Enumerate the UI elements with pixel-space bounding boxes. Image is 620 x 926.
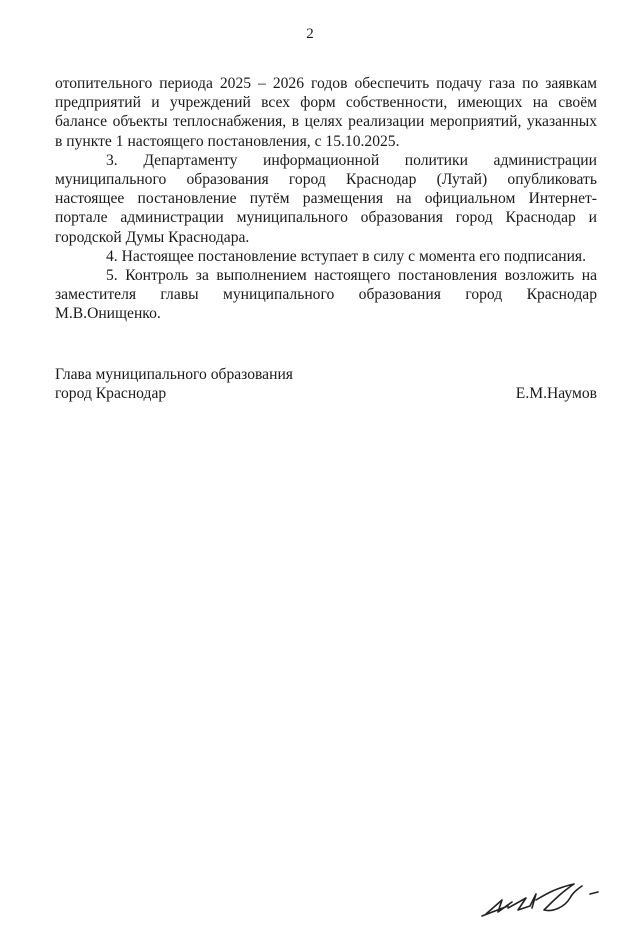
text-line: 3. Департаменту информационной политики … (55, 151, 597, 170)
text-line: в пункте 1 настоящего постановления, с 1… (55, 132, 597, 151)
paragraph-item-4: 4. Настоящее постановление вступает в си… (55, 247, 597, 266)
paragraph-item-5: 5. Контроль за выполнением настоящего по… (55, 266, 597, 324)
signature-block: Глава муниципального образования город К… (55, 365, 597, 403)
signatory-title-line1: Глава муниципального образования (55, 365, 597, 384)
paragraph-continuation: отопительного периода 2025 – 2026 годов … (55, 74, 597, 151)
page-number: 2 (0, 26, 620, 43)
signatory-title-line2: город Краснодар (55, 384, 166, 403)
text-line: предприятий и учреждений всех форм собст… (55, 93, 597, 112)
document-body: отопительного периода 2025 – 2026 годов … (55, 74, 597, 324)
text-line: 4. Настоящее постановление вступает в си… (55, 247, 597, 266)
text-line: портале администрации муниципального обр… (55, 208, 597, 227)
text-line: отопительного периода 2025 – 2026 годов … (55, 74, 597, 93)
text-line: муниципального образования город Краснод… (55, 170, 597, 189)
handwritten-signature-icon (478, 878, 608, 920)
text-line: заместителя главы муниципального образов… (55, 285, 597, 304)
text-line: балансе объекты теплоснабжения, в целях … (55, 112, 597, 131)
text-line: 5. Контроль за выполнением настоящего по… (55, 266, 597, 285)
signatory-name: Е.М.Наумов (516, 384, 597, 403)
text-line: М.В.Онищенко. (55, 304, 597, 323)
text-line: городской Думы Краснодара. (55, 228, 597, 247)
paragraph-item-3: 3. Департаменту информационной политики … (55, 151, 597, 247)
text-line: настоящее постановление путём размещения… (55, 189, 597, 208)
signatory-row: город Краснодар Е.М.Наумов (55, 384, 597, 403)
